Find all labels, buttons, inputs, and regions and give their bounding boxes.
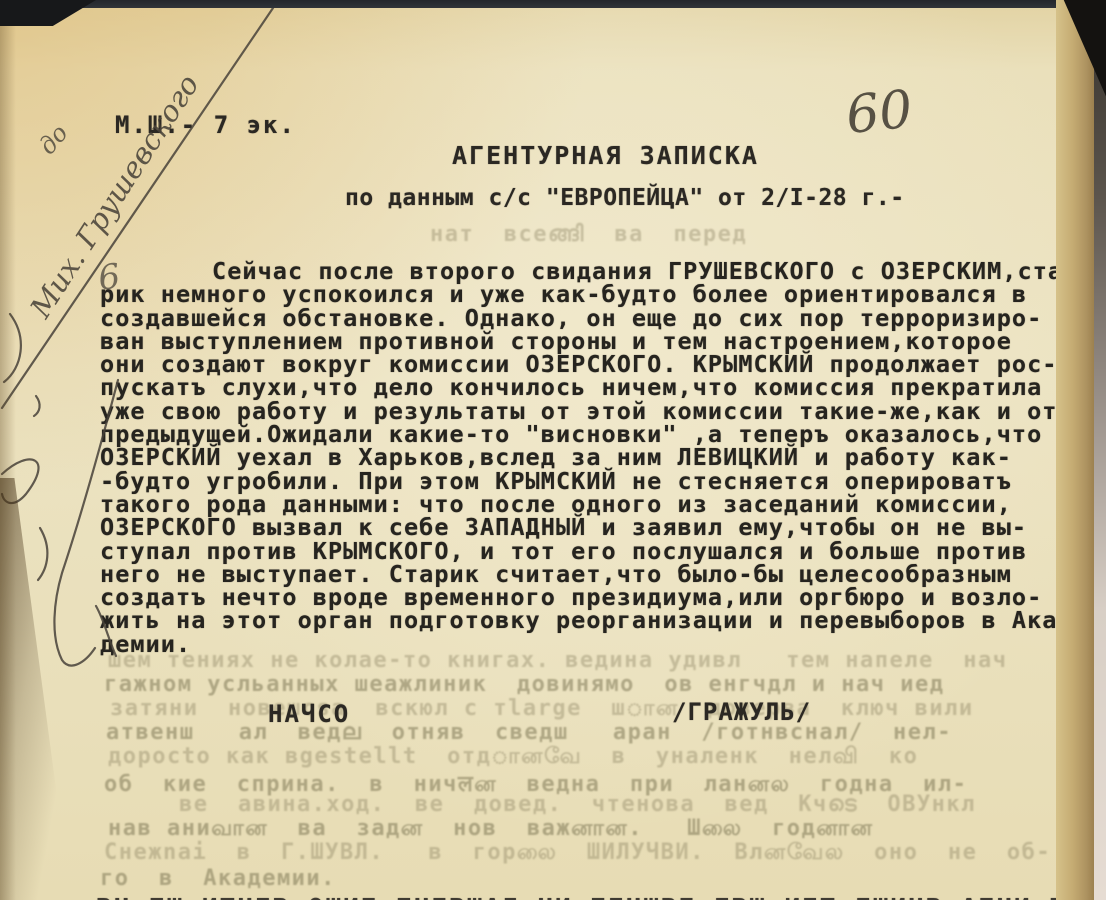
body-line: жить на этот орган подготовку реорганиза… bbox=[100, 609, 1070, 632]
signature-name: /ГРАЖУЛЬ/ bbox=[672, 698, 811, 726]
scan-right-margin bbox=[1094, 0, 1106, 900]
bleedthrough-line: ве авина.ход. ве довед. чтенова вед Кчടെ… bbox=[120, 792, 976, 817]
bleedthrough-line: гажном усльанных шеажлиник довинямо ов е… bbox=[104, 672, 944, 697]
pen-stroke-hook bbox=[38, 528, 47, 580]
cropped-bottom-line: ВН ПШ ИТНЕВ ОШИБ ПНЕВШАЛ НИ ПЕНШВЕ ГВШ И… bbox=[96, 894, 1076, 900]
body-text: Сейчас после второго свидания ГРУШЕВСКОГ… bbox=[100, 260, 1070, 656]
margin-note-do: до bbox=[33, 119, 74, 160]
bleedthrough-line: атвенш ал ведല отняв сведш аран /готнвсн… bbox=[106, 720, 952, 745]
copies-count-note: М.Ш.- 7 эк. bbox=[115, 111, 296, 139]
page-left-shadow bbox=[0, 478, 80, 900]
document-scan: нат всеങ്ങി ва перед шем тениях не колае… bbox=[0, 0, 1106, 900]
document-subtitle: по данным с/с "ЕВРОПЕЙЦА" от 2/I-28 г.- bbox=[345, 185, 905, 211]
bleedthrough-line: го в Академии. bbox=[100, 866, 336, 891]
body-line: демии. bbox=[100, 633, 1070, 656]
handwritten-page-number: 60 bbox=[843, 74, 969, 146]
bleedthrough-line: Снежnai в Г.ШУВЛ. в горலை ШИЛУЧВИ. Влனவே… bbox=[104, 840, 1051, 868]
signature-position: НАЧСО bbox=[268, 700, 350, 728]
page-stack-edge bbox=[1056, 0, 1094, 900]
document-page: нат всеങ്ങി ва перед шем тениях не колае… bbox=[0, 8, 1094, 900]
bleedthrough-line: нат всеങ്ങി ва перед bbox=[430, 222, 747, 247]
document-title: АГЕНТУРНАЯ ЗАПИСКА bbox=[452, 141, 759, 170]
pen-stroke-tick bbox=[34, 396, 40, 416]
